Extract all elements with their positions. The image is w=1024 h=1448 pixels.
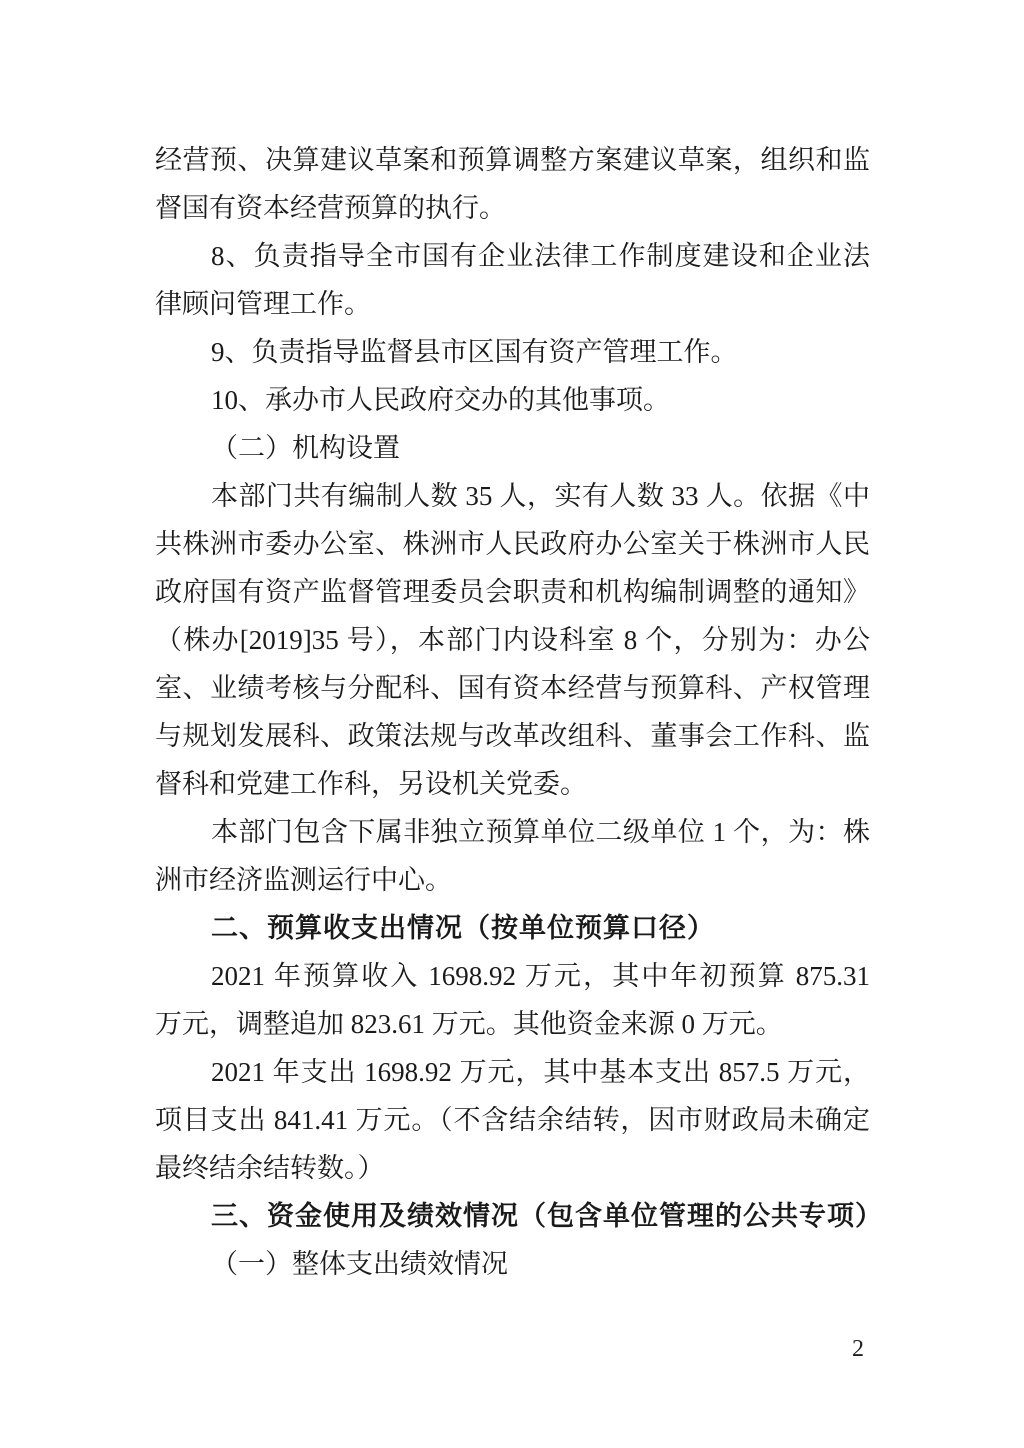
subsection-heading-overall-performance: （一）整体支出绩效情况 [155, 1240, 870, 1288]
document-line: 与规划发展科、政策法规与改革改组科、董事会工作科、监 [155, 712, 870, 760]
section-heading-budget: 二、预算收支出情况（按单位预算口径） [155, 904, 870, 952]
document-line: 最终结余结转数。） [155, 1144, 870, 1192]
document-line: 2021 年支出 1698.92 万元，其中基本支出 857.5 万元， [155, 1048, 870, 1096]
document-line: 本部门包含下属非独立预算单位二级单位 1 个，为：株 [155, 808, 870, 856]
document-line: 本部门共有编制人数 35 人，实有人数 33 人。依据《中 [155, 472, 870, 520]
document-line: 2021 年预算收入 1698.92 万元，其中年初预算 875.31 [155, 952, 870, 1000]
text-body: 经营预、决算建议草案和预算调整方案建议草案，组织和监 督国有资本经营预算的执行。… [155, 136, 870, 1288]
document-line: 共株洲市委办公室、株洲市人民政府办公室关于株洲市人民 [155, 520, 870, 568]
subsection-heading-org-setup: （二）机构设置 [155, 424, 870, 472]
document-line: 10、承办市人民政府交办的其他事项。 [155, 376, 870, 424]
document-line: 万元，调整追加 823.61 万元。其他资金来源 0 万元。 [155, 1000, 870, 1048]
document-line: 项目支出 841.41 万元。（不含结余结转，因市财政局未确定 [155, 1096, 870, 1144]
document-line: 政府国有资产监督管理委员会职责和机构编制调整的通知》 [155, 568, 870, 616]
document-page: 经营预、决算建议草案和预算调整方案建议草案，组织和监 督国有资本经营预算的执行。… [0, 0, 1024, 1448]
document-line: 经营预、决算建议草案和预算调整方案建议草案，组织和监 [155, 136, 870, 184]
document-line: 律顾问管理工作。 [155, 280, 870, 328]
document-line: 督科和党建工作科，另设机关党委。 [155, 760, 870, 808]
document-line: （株办[2019]35 号），本部门内设科室 8 个，分别为：办公 [155, 616, 870, 664]
document-line: 督国有资本经营预算的执行。 [155, 184, 870, 232]
document-line: 8、负责指导全市国有企业法律工作制度建设和企业法 [155, 232, 870, 280]
section-heading-funds-performance: 三、资金使用及绩效情况（包含单位管理的公共专项） [155, 1192, 870, 1240]
page-number: 2 [852, 1334, 864, 1364]
document-line: 9、负责指导监督县市区国有资产管理工作。 [155, 328, 870, 376]
document-line: 洲市经济监测运行中心。 [155, 856, 870, 904]
document-line: 室、业绩考核与分配科、国有资本经营与预算科、产权管理 [155, 664, 870, 712]
